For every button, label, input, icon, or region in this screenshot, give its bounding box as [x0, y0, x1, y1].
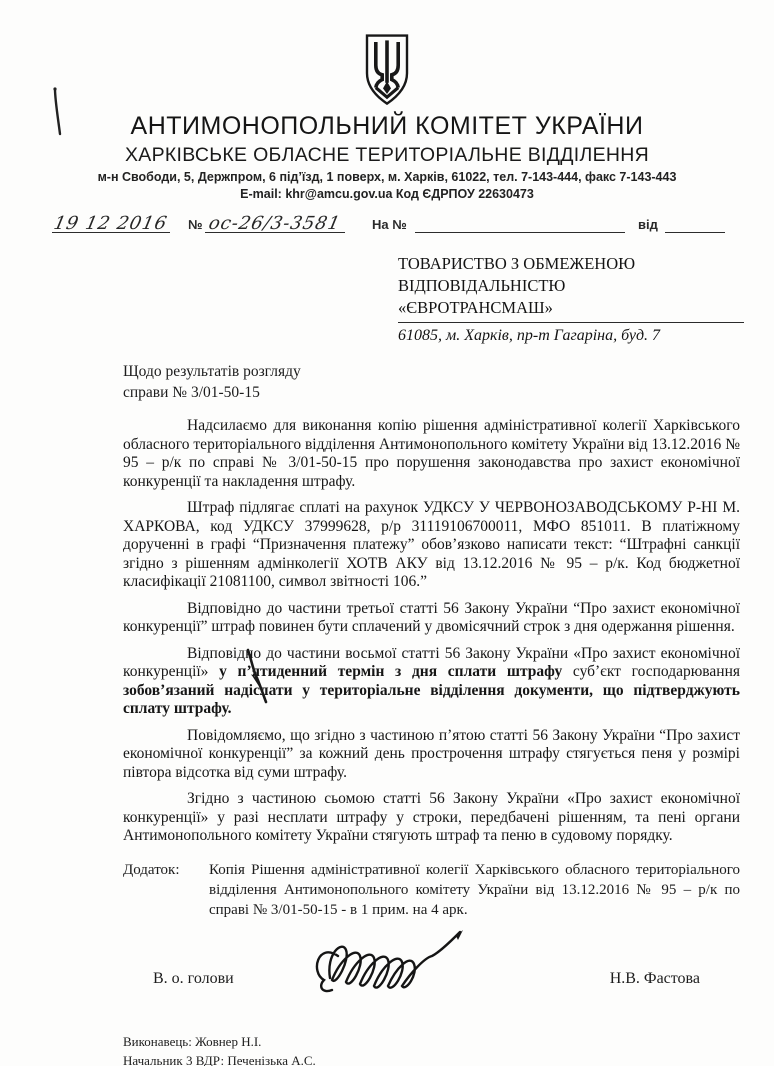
recipient-name-line2: ВІДПОВІДАЛЬНІСТЮ [398, 275, 774, 297]
department-head-line: Начальник 3 ВДР: Печенізька А.С. [123, 1051, 774, 1066]
reference-line: 19 12 2016 № ос-26/3-3581 На № від [0, 213, 774, 239]
executor-block: Виконавець: Жовнер Н.І. Начальник 3 ВДР:… [123, 1032, 774, 1066]
paragraph-1: Надсилаємо для виконання копію рішення а… [123, 417, 740, 491]
paragraph-4-bold-1: у п’ятиденний термін з дня сплати штрафу [219, 663, 562, 680]
letterhead-address: м-н Свободи, 5, Держпром, 6 під’їзд, 1 п… [0, 170, 774, 184]
reply-from-date-label: від [638, 217, 658, 232]
ukraine-trident-emblem-icon [363, 32, 411, 108]
handwritten-number: ос-26/3-3581 [207, 213, 343, 234]
signer-title: В. о. голови [153, 970, 234, 988]
subject-line1: Щодо результатів розгляду [123, 361, 774, 382]
recipient-block: ТОВАРИСТВО З ОБМЕЖЕНОЮ ВІДПОВІДАЛЬНІСТЮ … [398, 253, 774, 347]
paragraph-2: Штраф підлягає сплаті на рахунок УДКСУ У… [123, 499, 740, 592]
attachment-label: Додаток: [123, 860, 209, 920]
attachment-text: Копія Рішення адміністративної колегії Х… [209, 860, 740, 920]
outgoing-number-field: ос-26/3-3581 [205, 213, 345, 233]
number-label: № [188, 217, 203, 232]
paragraph-4-normal-2: суб’єкт господарювання [562, 663, 740, 680]
paragraph-6: Згідно з частиною сьомою статті 56 Закон… [123, 790, 740, 846]
letter-body: Надсилаємо для виконання копію рішення а… [123, 417, 740, 846]
organization-name: АНТИМОНОПОЛЬНИЙ КОМІТЕТ УКРАЇНИ [0, 112, 774, 141]
attachment-block: Додаток: Копія Рішення адміністративної … [123, 860, 740, 920]
scanned-letter-page: АНТИМОНОПОЛЬНИЙ КОМІТЕТ УКРАЇНИ ХАРКІВСЬ… [0, 0, 774, 1066]
subject-line2: справи № 3/01-50-15 [123, 382, 774, 403]
subject-block: Щодо результатів розгляду справи № 3/01-… [123, 361, 774, 403]
signer-name: Н.В. Фастова [610, 970, 700, 988]
letterhead-contact: E-mail: khr@amcu.gov.ua Код ЄДРПОУ 22630… [0, 187, 774, 201]
reply-to-number-label: На № [372, 217, 407, 232]
executor-line: Виконавець: Жовнер Н.І. [123, 1032, 774, 1051]
recipient-name-line3: «ЄВРОТРАНСМАШ» [398, 297, 774, 319]
paragraph-5: Повідомляємо, що згідно з частиною п’ято… [123, 727, 740, 783]
paragraph-4-bold-2: зобов’язаний надіслати у територіальне в… [123, 682, 740, 718]
reply-to-number-field [415, 213, 625, 233]
letterhead: АНТИМОНОПОЛЬНИЙ КОМІТЕТ УКРАЇНИ ХАРКІВСЬ… [0, 0, 774, 201]
paragraph-3: Відповідно до частини третьої статті 56 … [123, 600, 740, 637]
reply-from-date-field [665, 213, 725, 233]
office-name: ХАРКІВСЬКЕ ОБЛАСНЕ ТЕРИТОРІАЛЬНЕ ВІДДІЛЕ… [0, 144, 774, 167]
paragraph-4: Відповідно до частини восьмої статті 56 … [123, 645, 740, 719]
signature-row: В. о. голови Н.В. Фастова [123, 942, 740, 1002]
recipient-name-line1: ТОВАРИСТВО З ОБМЕЖЕНОЮ [398, 253, 774, 275]
handwritten-signature [308, 928, 473, 1000]
outgoing-date-field: 19 12 2016 [52, 213, 170, 233]
handwritten-date: 19 12 2016 [52, 213, 170, 234]
recipient-address: 61085, м. Харків, пр-т Гагаріна, буд. 7 [398, 322, 744, 347]
